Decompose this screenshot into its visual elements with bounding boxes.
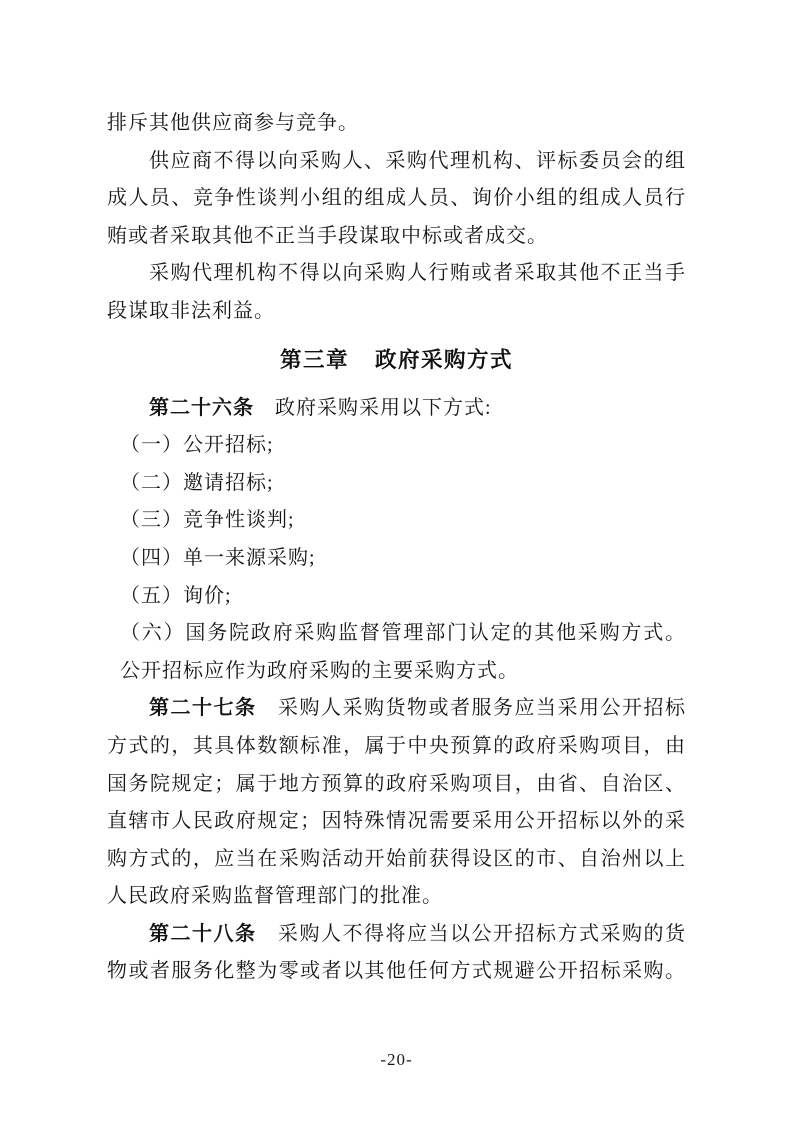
list-item: （四）单一来源采购; xyxy=(107,540,686,578)
article-line: 第二十六条 政府采购采用以下方式: xyxy=(107,390,686,428)
article-number: 第二十七条 xyxy=(149,697,257,719)
list-item: （一）公开招标; xyxy=(107,427,686,465)
article-text: 采购人不得将应当以公开招标方式采购的货 xyxy=(257,923,687,945)
list-item: （六）国务院政府采购监督管理部门认定的其他采购方式。 xyxy=(107,615,686,653)
list-item: （五）询价; xyxy=(107,578,686,616)
article-line: 第二十七条 采购人采购货物或者服务应当采用公开招标 xyxy=(107,690,686,728)
page-number: -20- xyxy=(0,1050,793,1070)
article-line: 第二十八条 采购人不得将应当以公开招标方式采购的货 xyxy=(107,916,686,954)
body-line: 购方式的，应当在采购活动开始前获得设区的市、自治州以上 xyxy=(107,841,686,879)
chapter-heading: 第三章政府采购方式 xyxy=(107,341,686,379)
body-line: 段谋取非法利益。 xyxy=(107,293,686,331)
body-line: 采购代理机构不得以向采购人行贿或者采取其他不正当手 xyxy=(107,255,686,293)
body-line: 成人员、竞争性谈判小组的组成人员、询价小组的组成人员行 xyxy=(107,180,686,218)
document-text-area: 排斥其他供应商参与竞争。 供应商不得以向采购人、采购代理机构、评标委员会的组 成… xyxy=(107,105,686,991)
article-text: 采购人采购货物或者服务应当采用公开招标 xyxy=(257,697,687,719)
body-line: 公开招标应作为政府采购的主要采购方式。 xyxy=(107,653,686,691)
body-line: 人民政府采购监督管理部门的批准。 xyxy=(107,878,686,916)
article-number: 第二十八条 xyxy=(149,923,257,945)
body-line: 贿或者采取其他不正当手段谋取中标或者成交。 xyxy=(107,218,686,256)
chapter-title: 政府采购方式 xyxy=(375,348,513,372)
body-line: 供应商不得以向采购人、采购代理机构、评标委员会的组 xyxy=(107,143,686,181)
body-line: 国务院规定；属于地方预算的政府采购项目，由省、自治区、 xyxy=(107,766,686,804)
document-page: 排斥其他供应商参与竞争。 供应商不得以向采购人、采购代理机构、评标委员会的组 成… xyxy=(0,0,793,1122)
chapter-number: 第三章 xyxy=(280,348,349,372)
body-line: 方式的，其具体数额标准，属于中央预算的政府采购项目，由 xyxy=(107,728,686,766)
article-text: 政府采购采用以下方式: xyxy=(254,397,492,419)
body-line: 物或者服务化整为零或者以其他任何方式规避公开招标采购。 xyxy=(107,953,686,991)
list-item: （三）竞争性谈判; xyxy=(107,502,686,540)
list-item: （二）邀请招标; xyxy=(107,465,686,503)
article-number: 第二十六条 xyxy=(149,397,254,419)
body-line: 直辖市人民政府规定；因特殊情况需要采用公开招标以外的采 xyxy=(107,803,686,841)
body-line: 排斥其他供应商参与竞争。 xyxy=(107,105,686,143)
